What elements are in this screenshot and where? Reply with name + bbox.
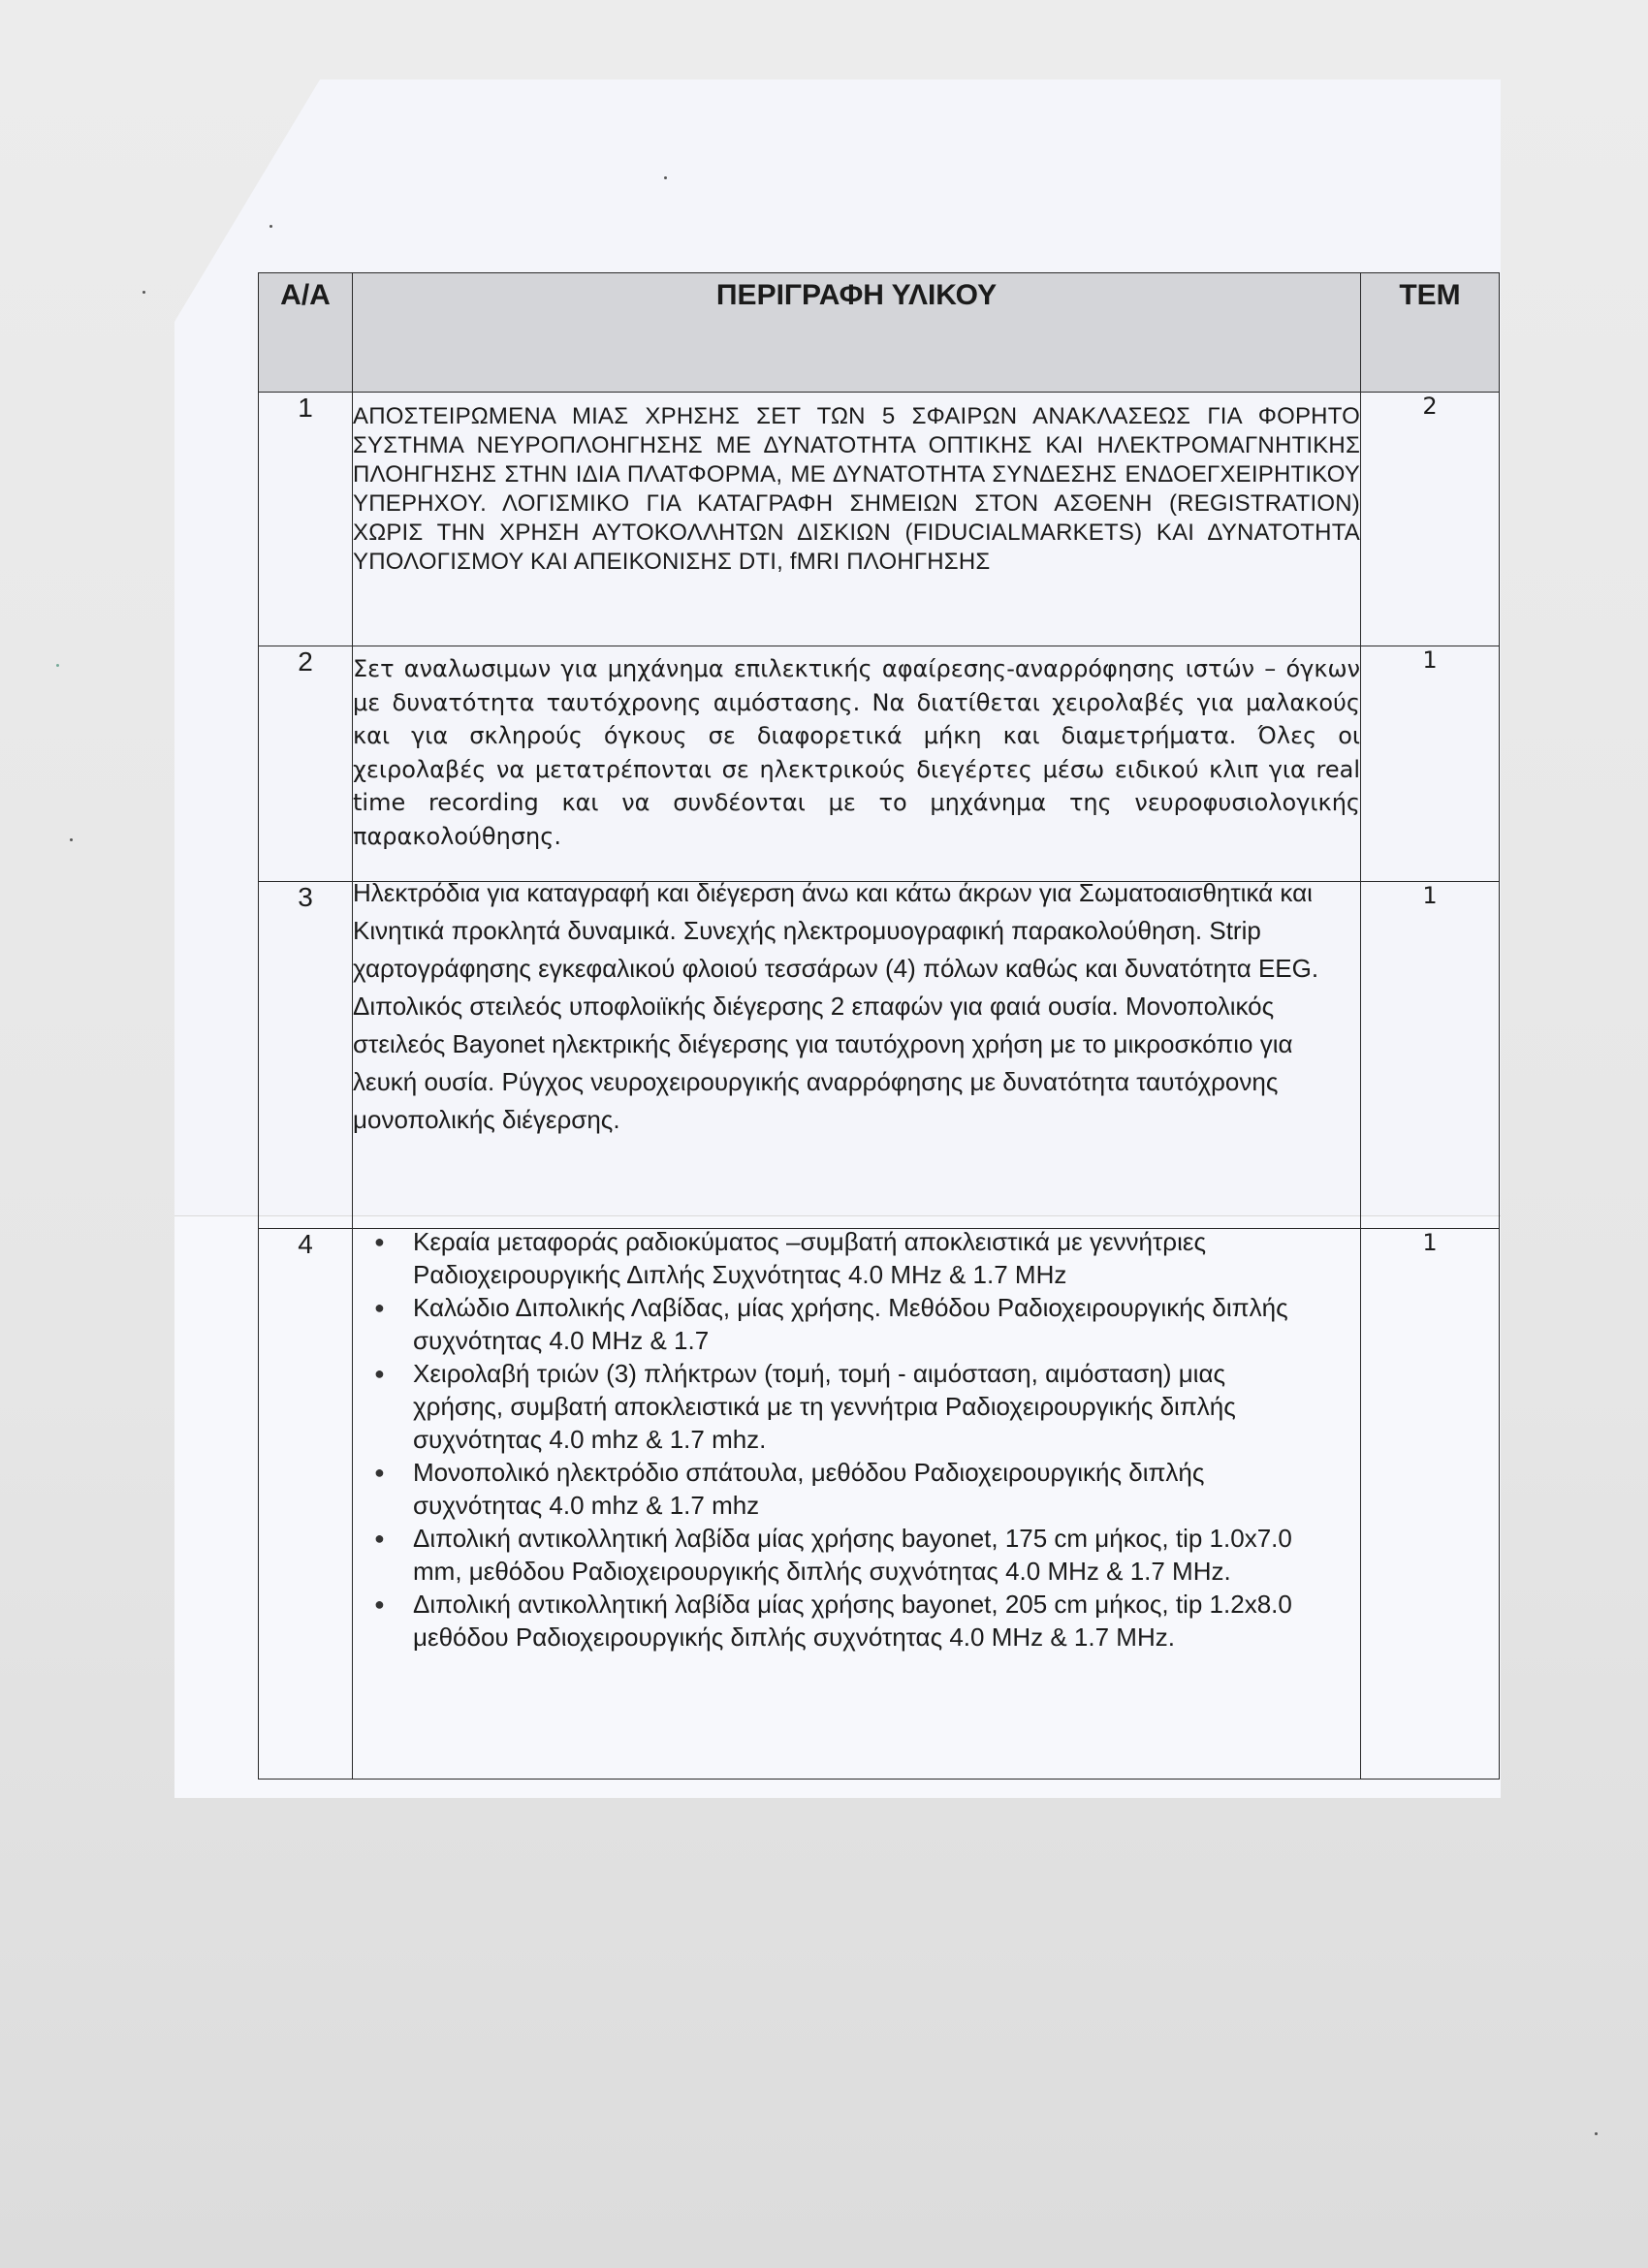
bullet-item: ●Καλώδιο Διπολικής Λαβίδας, μίας χρήσης.…: [413, 1291, 1360, 1357]
scan-speck: [70, 838, 73, 841]
row-index: 4: [259, 1229, 353, 1780]
row-description-cell: ●Κεραία μεταφοράς ραδιοκύματος –συμβατή …: [353, 1229, 1361, 1780]
header-index: Α/Α: [259, 273, 353, 393]
materials-table: Α/Α ΠΕΡΙΓΡΑΦΗ ΥΛΙΚΟΥ ΤΕΜ 1 ΑΠΟΣΤΕΙΡΩΜΕΝΑ…: [258, 272, 1500, 1780]
row-quantity: 1: [1361, 646, 1500, 882]
scan-speck: [56, 664, 59, 667]
bullet-text: Μονοπολικό ηλεκτρόδιο σπάτουλα, μεθόδου …: [413, 1458, 1204, 1520]
scan-speck: [1595, 2132, 1598, 2135]
bullet-item: ●Διπολική αντικολλητική λαβίδα μίας χρήσ…: [413, 1588, 1360, 1654]
row-index: 1: [259, 393, 353, 646]
table-row: 3 Ηλεκτρόδια για καταγραφή και διέγερση …: [259, 882, 1500, 1229]
bullet-icon: ●: [374, 1588, 385, 1621]
row-index: 2: [259, 646, 353, 882]
bullet-icon: ●: [374, 1357, 385, 1390]
table-row: 1 ΑΠΟΣΤΕΙΡΩΜΕΝΑ ΜΙΑΣ ΧΡΗΣΗΣ ΣΕΤ ΤΩΝ 5 ΣΦ…: [259, 393, 1500, 646]
bullet-text: Διπολική αντικολλητική λαβίδα μίας χρήση…: [413, 1524, 1292, 1586]
row-index: 3: [259, 882, 353, 1229]
table-header-row: Α/Α ΠΕΡΙΓΡΑΦΗ ΥΛΙΚΟΥ ΤΕΜ: [259, 273, 1500, 393]
row-description: ΑΠΟΣΤΕΙΡΩΜΕΝΑ ΜΙΑΣ ΧΡΗΣΗΣ ΣΕΤ ΤΩΝ 5 ΣΦΑΙ…: [353, 393, 1360, 577]
header-description: ΠΕΡΙΓΡΑΦΗ ΥΛΙΚΟΥ: [353, 273, 1361, 393]
bullet-item: ●Διπολική αντικολλητική λαβίδα μίας χρήσ…: [413, 1522, 1360, 1588]
row-description-cell: Σετ αναλωσιμων για μηχάνημα επιλεκτικής …: [353, 646, 1361, 882]
bullet-item: ●Μονοπολικό ηλεκτρόδιο σπάτουλα, μεθόδου…: [413, 1456, 1360, 1522]
scan-speck: [143, 291, 145, 294]
scan-speck: [664, 176, 667, 179]
bullet-icon: ●: [374, 1522, 385, 1555]
row-description-cell: ΑΠΟΣΤΕΙΡΩΜΕΝΑ ΜΙΑΣ ΧΡΗΣΗΣ ΣΕΤ ΤΩΝ 5 ΣΦΑΙ…: [353, 393, 1361, 646]
bullet-text: Διπολική αντικολλητική λαβίδα μίας χρήση…: [413, 1590, 1292, 1652]
bullet-icon: ●: [374, 1291, 385, 1324]
bullet-icon: ●: [374, 1456, 385, 1489]
bullet-text: Κεραία μεταφοράς ραδιοκύματος –συμβατή α…: [413, 1227, 1206, 1289]
row-description: Ηλεκτρόδια για καταγραφή και διέγερση άν…: [353, 874, 1360, 1139]
table-row: 4 ●Κεραία μεταφοράς ραδιοκύματος –συμβατ…: [259, 1229, 1500, 1780]
row-quantity: 1: [1361, 882, 1500, 1229]
bullet-item: ●Χειρολαβή τριών (3) πλήκτρων (τομή, τομ…: [413, 1357, 1360, 1456]
scan-speck: [269, 225, 272, 228]
bullet-text: Καλώδιο Διπολικής Λαβίδας, μίας χρήσης. …: [413, 1293, 1288, 1355]
bullet-item: ●Κεραία μεταφοράς ραδιοκύματος –συμβατή …: [413, 1225, 1360, 1291]
row-description: Σετ αναλωσιμων για μηχάνημα επιλεκτικής …: [353, 646, 1360, 853]
bullet-text: Χειρολαβή τριών (3) πλήκτρων (τομή, τομή…: [413, 1359, 1236, 1454]
row-description-cell: Ηλεκτρόδια για καταγραφή και διέγερση άν…: [353, 882, 1361, 1229]
bullet-list: ●Κεραία μεταφοράς ραδιοκύματος –συμβατή …: [353, 1225, 1360, 1654]
table-row: 2 Σετ αναλωσιμων για μηχάνημα επιλεκτική…: [259, 646, 1500, 882]
header-quantity: ΤΕΜ: [1361, 273, 1500, 393]
bullet-icon: ●: [374, 1225, 385, 1258]
row-quantity: 1: [1361, 1229, 1500, 1780]
row-quantity: 2: [1361, 393, 1500, 646]
